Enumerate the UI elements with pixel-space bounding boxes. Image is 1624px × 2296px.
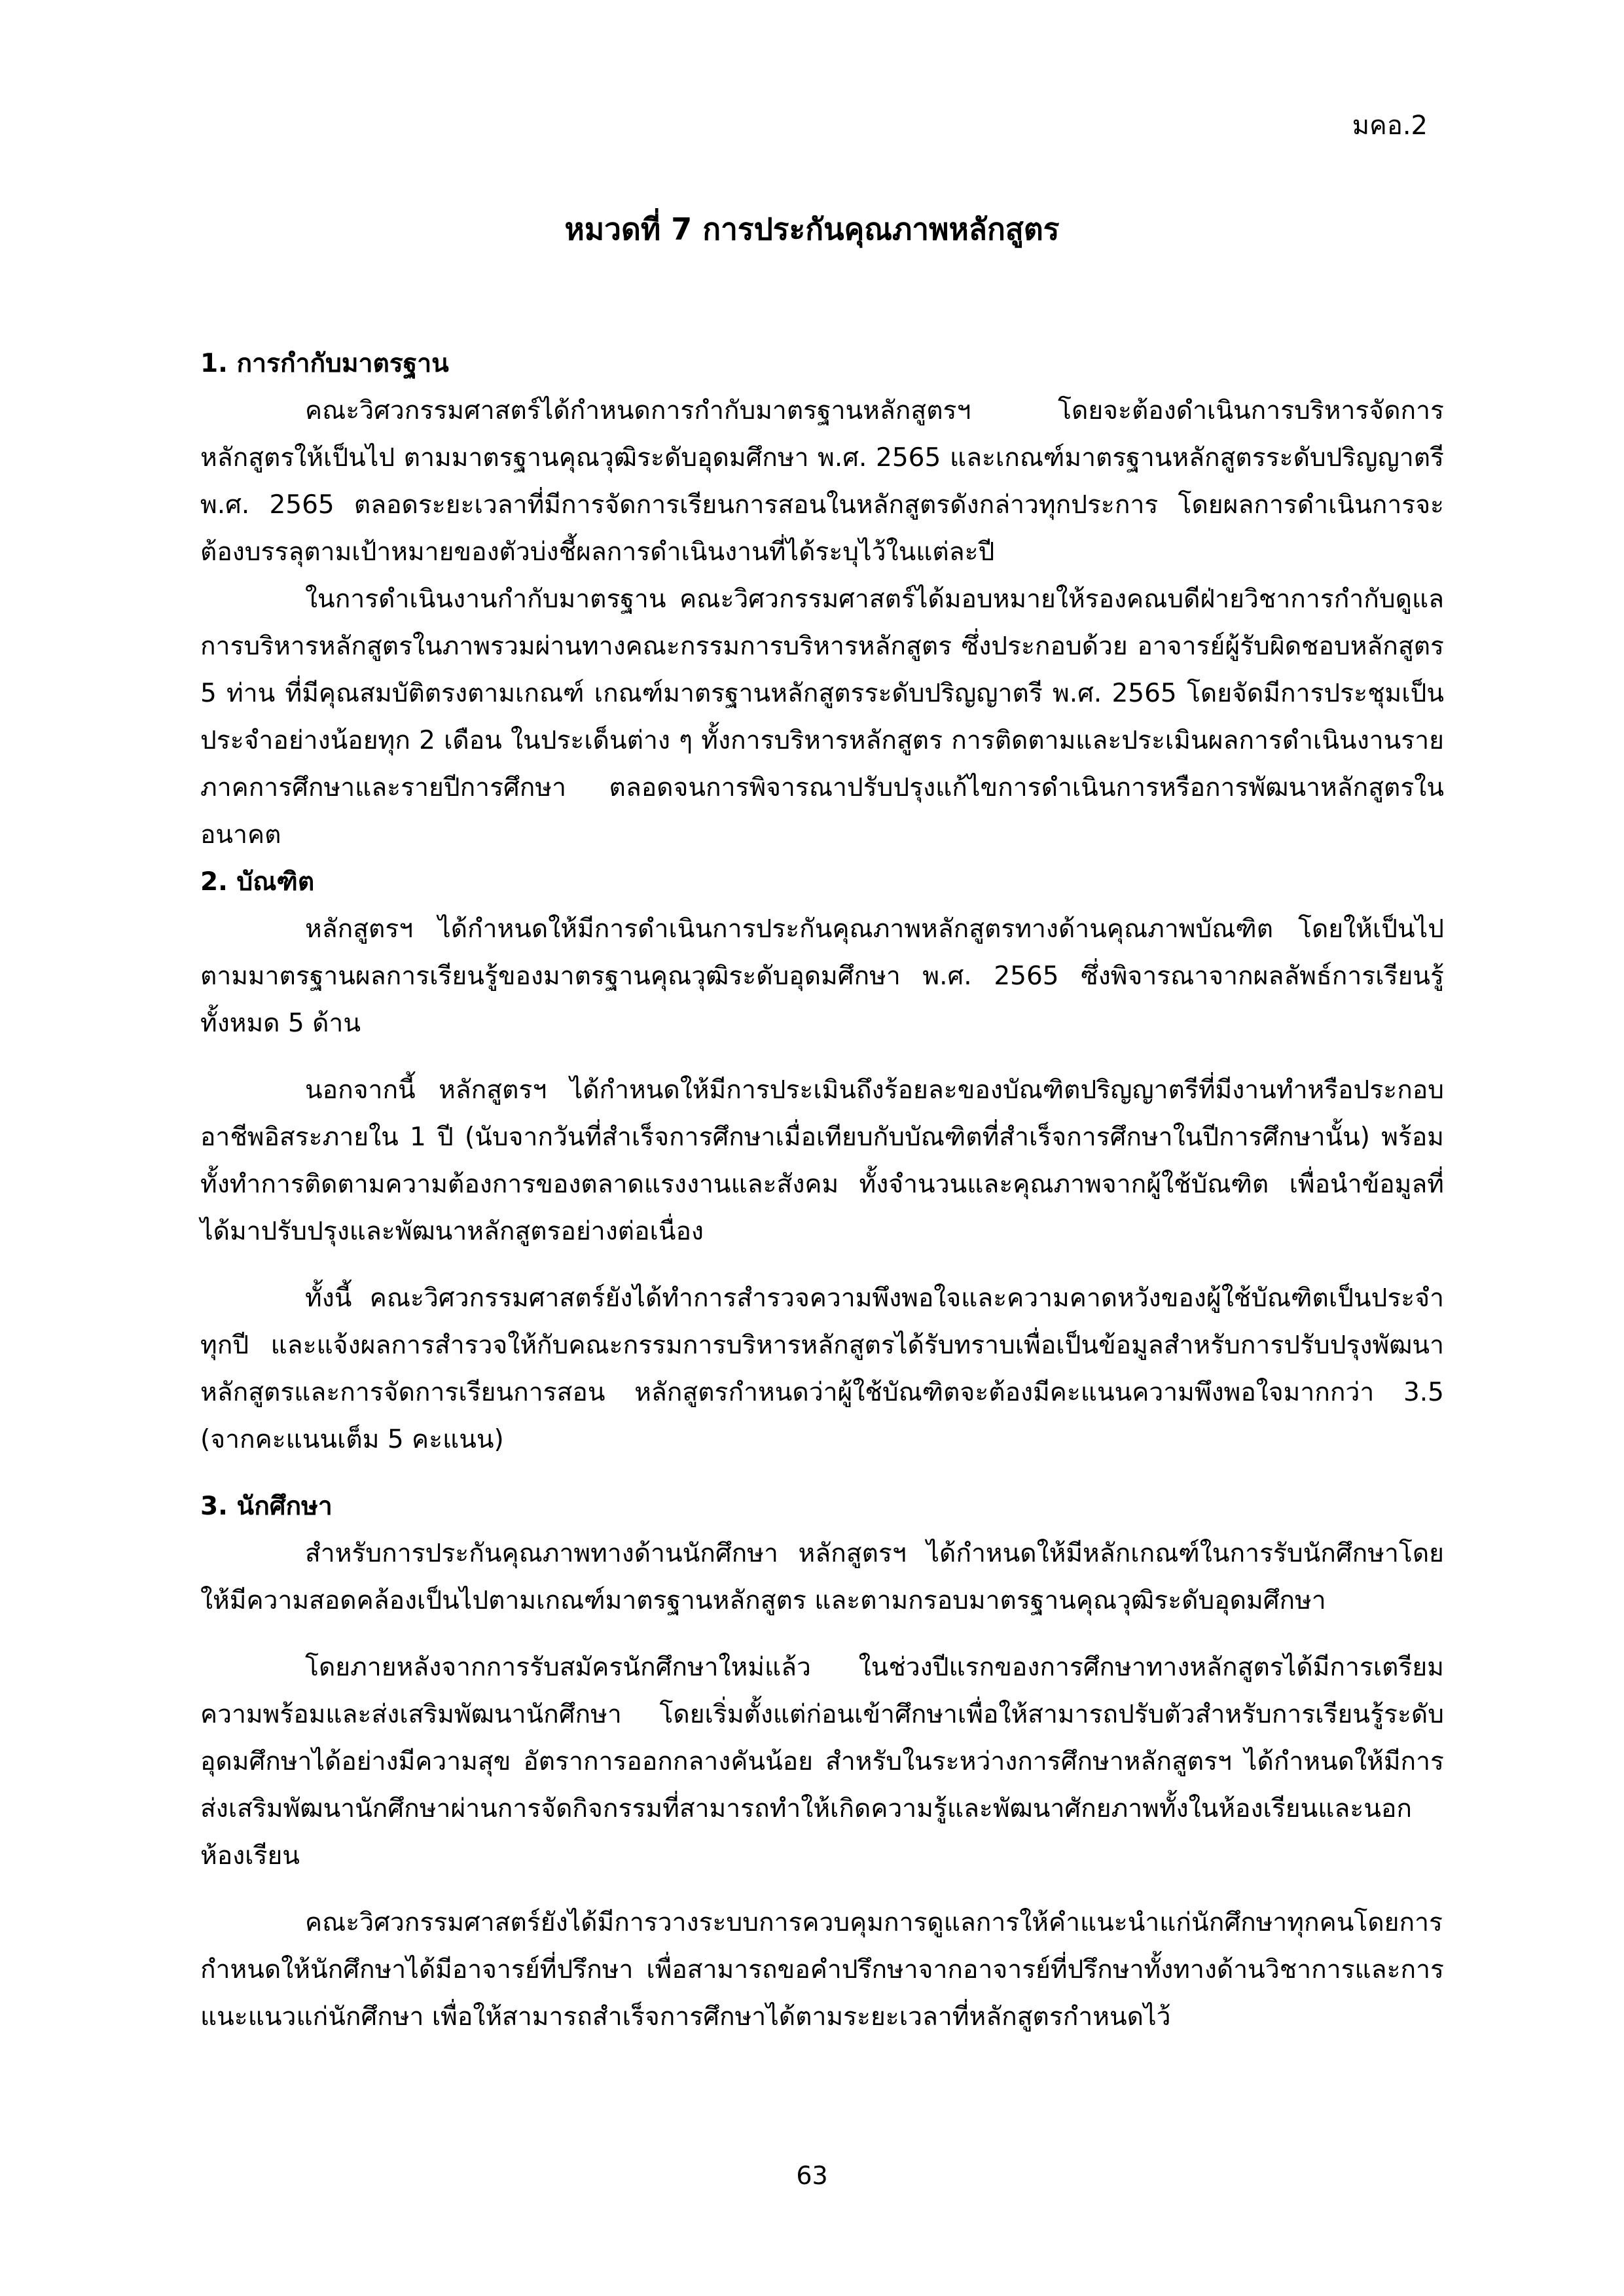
page-body: 1. การกำกับมาตรฐาน คณะวิศวกรรมศาสตร์ได้ก… bbox=[200, 340, 1444, 2041]
paragraph: คณะวิศวกรรมศาสตร์ได้กำหนดการกำกับมาตรฐาน… bbox=[200, 387, 1444, 576]
paragraph: หลักสูตรฯ ได้กำหนดให้มีการดำเนินการประกั… bbox=[200, 906, 1444, 1047]
paragraph: ทั้งนี้ คณะวิศวกรรมศาสตร์ยังได้ทำการสำรว… bbox=[200, 1275, 1444, 1463]
section-heading: 1. การกำกับมาตรฐาน bbox=[200, 340, 1444, 387]
page-number: 63 bbox=[0, 2160, 1624, 2191]
section-heading: 2. บัณฑิต bbox=[200, 859, 1444, 906]
section-heading: 3. นักศึกษา bbox=[200, 1483, 1444, 1530]
paragraph: ในการดำเนินงานกำกับมาตรฐาน คณะวิศวกรรมศา… bbox=[200, 576, 1444, 859]
paragraph: คณะวิศวกรรมศาสตร์ยังได้มีการวางระบบการคว… bbox=[200, 1899, 1444, 2041]
paragraph: โดยภายหลังจากการรับสมัครนักศึกษาใหม่แล้ว… bbox=[200, 1644, 1444, 1880]
section-students: 3. นักศึกษา สำหรับการประกันคุณภาพทางด้าน… bbox=[200, 1483, 1444, 2041]
chapter-title: หมวดที่ 7 การประกันคุณภาพหลักสูตร bbox=[0, 209, 1624, 249]
section-standards-supervision: 1. การกำกับมาตรฐาน คณะวิศวกรรมศาสตร์ได้ก… bbox=[200, 340, 1444, 859]
paragraph: สำหรับการประกันคุณภาพทางด้านนักศึกษา หลั… bbox=[200, 1530, 1444, 1624]
paragraph: นอกจากนี้ หลักสูตรฯ ได้กำหนดให้มีการประเ… bbox=[200, 1067, 1444, 1255]
section-graduates: 2. บัณฑิต หลักสูตรฯ ได้กำหนดให้มีการดำเน… bbox=[200, 859, 1444, 1463]
document-code: มคอ.2 bbox=[1352, 110, 1428, 141]
